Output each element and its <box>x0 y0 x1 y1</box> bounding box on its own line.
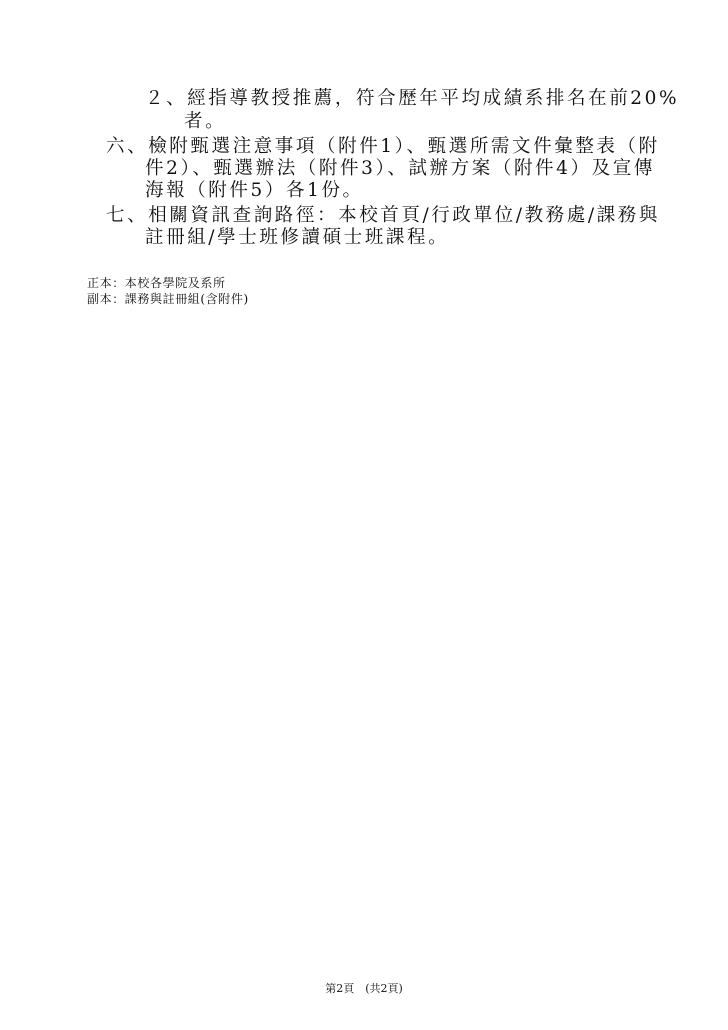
item-2-line-2: 者。 <box>184 111 226 133</box>
item-2-line-1: ２、經指導教授推薦，符合歷年平均成績系排名在前20% <box>145 88 679 110</box>
original-recipients: 正本：本校各學院及系所 <box>87 275 226 291</box>
copy-recipients: 副本：課務與註冊組(含附件) <box>87 291 249 307</box>
page-number: 第2頁 (共2頁) <box>0 982 728 996</box>
item-6-line-1: 六、檢附甄選注意事項（附件1）、甄選所需文件彙整表（附 <box>106 136 660 158</box>
item-7-line-2: 註冊組/學士班修讀碩士班課程。 <box>145 227 449 249</box>
item-7-line-1: 七、相關資訊查詢路徑：本校首頁/行政單位/教務處/課務與 <box>106 205 660 227</box>
item-6-line-3: 海報（附件5）各1份。 <box>145 180 364 202</box>
item-6-line-2: 件2）、甄選辦法（附件3）、試辦方案（附件4）及宣傳 <box>145 158 655 180</box>
